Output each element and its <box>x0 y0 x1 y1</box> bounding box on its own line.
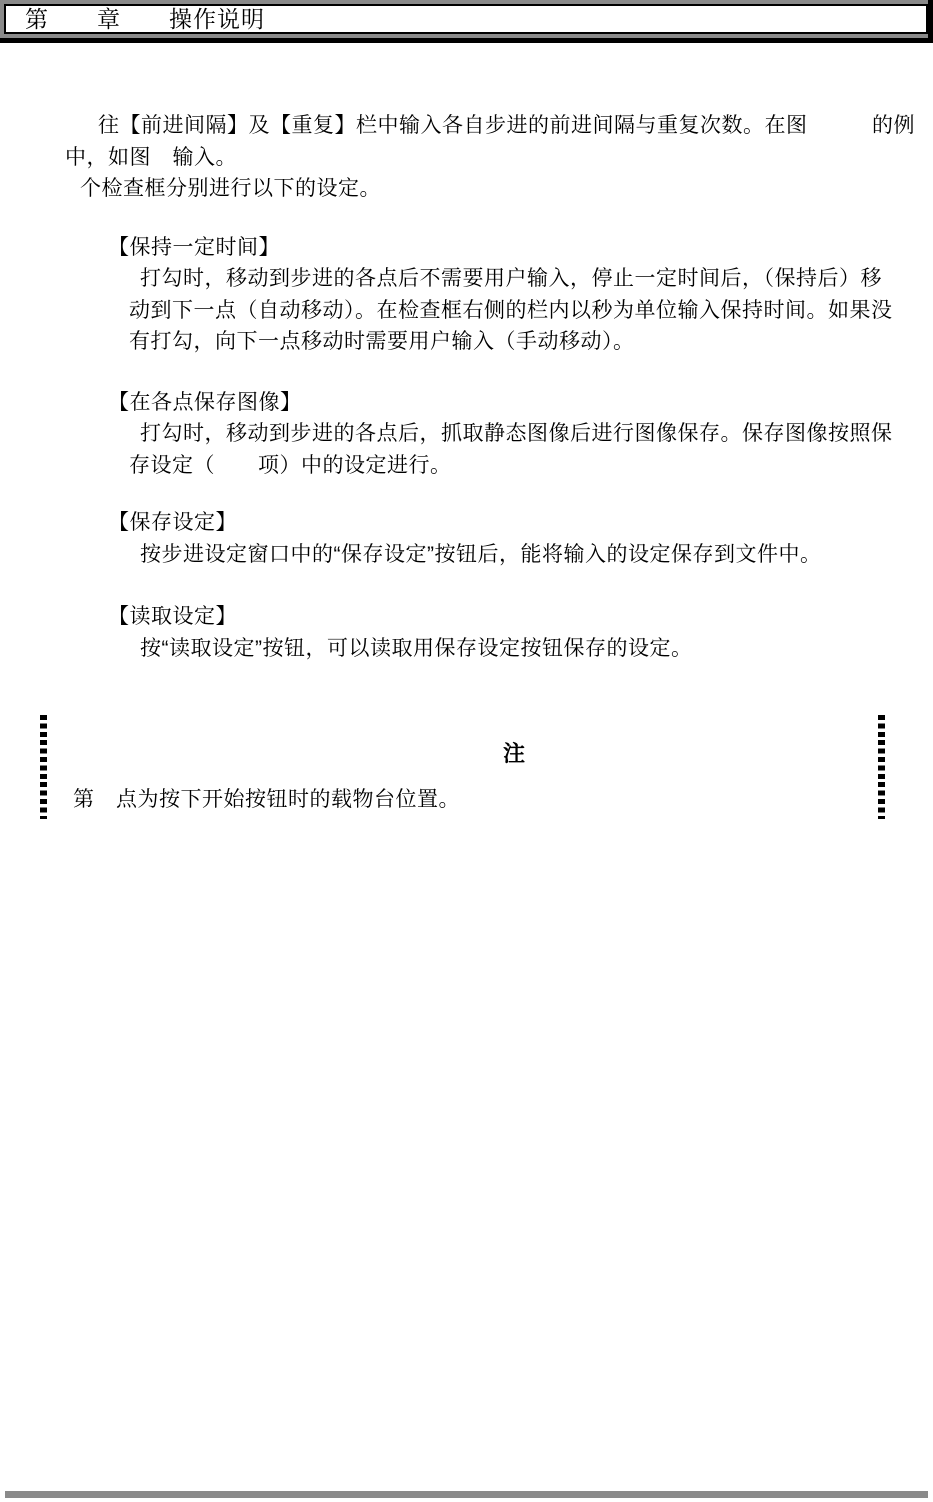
intro-line: 中，如图 输入。 <box>65 142 925 174</box>
section-save-settings: 【保存设定】 按步进设定窗口中的“保存设定”按钮后，能将输入的设定保存到文件中。 <box>65 507 925 570</box>
intro-line: 往【前进间隔】及【重复】栏中输入各自步进的前进间隔与重复次数。在图 的例 <box>65 110 925 142</box>
section-paragraph: 打勾时，移动到步进的各点后，抓取静态图像后进行图像保存。保存图像按照保 存设定（… <box>129 418 925 481</box>
document-page: 第 章 操作说明 往【前进间隔】及【重复】栏中输入各自步进的前进间隔与重复次数。… <box>0 0 933 1502</box>
section-title: 【保存设定】 <box>108 507 925 539</box>
section-load-settings: 【读取设定】 按“读取设定”按钮，可以读取用保存设定按钮保存的设定。 <box>65 601 925 664</box>
section-title: 【读取设定】 <box>108 601 925 633</box>
note-heading: 注 <box>503 737 525 768</box>
section-save-image-at-points: 【在各点保存图像】 打勾时，移动到步进的各点后，抓取静态图像后进行图像保存。保存… <box>65 387 925 482</box>
intro-line: 个检查框分别进行以下的设定。 <box>65 173 925 205</box>
note-border-right <box>878 715 885 819</box>
section-title: 【保持一定时间】 <box>108 232 925 264</box>
section-line: 动到下一点（自动移动）。在检查框右侧的栏内以秒为单位输入保持时间。如果没 <box>129 295 925 327</box>
chapter-title: 第 章 操作说明 <box>4 4 928 34</box>
intro-paragraph: 往【前进间隔】及【重复】栏中输入各自步进的前进间隔与重复次数。在图 的例 中，如… <box>65 110 925 205</box>
section-line: 按步进设定窗口中的“保存设定”按钮后，能将输入的设定保存到文件中。 <box>129 539 925 571</box>
section-paragraph: 按“读取设定”按钮，可以读取用保存设定按钮保存的设定。 <box>129 633 925 665</box>
header-underline-rule <box>0 38 933 43</box>
section-line: 打勾时，移动到步进的各点后，抓取静态图像后进行图像保存。保存图像按照保 <box>129 418 925 450</box>
footer-bar <box>5 1491 928 1498</box>
section-line: 有打勾，向下一点移动时需要用户输入（手动移动）。 <box>129 326 925 358</box>
section-title: 【在各点保存图像】 <box>108 387 925 419</box>
section-paragraph: 打勾时，移动到步进的各点后不需要用户输入，停止一定时间后，（保持后）移 动到下一… <box>129 263 925 358</box>
chapter-header-box: 第 章 操作说明 <box>0 0 933 38</box>
section-paragraph: 按步进设定窗口中的“保存设定”按钮后，能将输入的设定保存到文件中。 <box>129 539 925 571</box>
note-box: 注 第 点为按下开始按钮时的载物台位置。 <box>40 712 885 824</box>
note-border-left <box>40 715 47 819</box>
document-body: 往【前进间隔】及【重复】栏中输入各自步进的前进间隔与重复次数。在图 的例 中，如… <box>65 110 925 664</box>
section-keep-fixed-time: 【保持一定时间】 打勾时，移动到步进的各点后不需要用户输入，停止一定时间后，（保… <box>65 232 925 358</box>
section-line: 打勾时，移动到步进的各点后不需要用户输入，停止一定时间后，（保持后）移 <box>129 263 925 295</box>
note-body-text: 第 点为按下开始按钮时的载物台位置。 <box>73 783 460 813</box>
section-line: 按“读取设定”按钮，可以读取用保存设定按钮保存的设定。 <box>129 633 925 665</box>
section-line: 存设定（ 项）中的设定进行。 <box>129 450 925 482</box>
